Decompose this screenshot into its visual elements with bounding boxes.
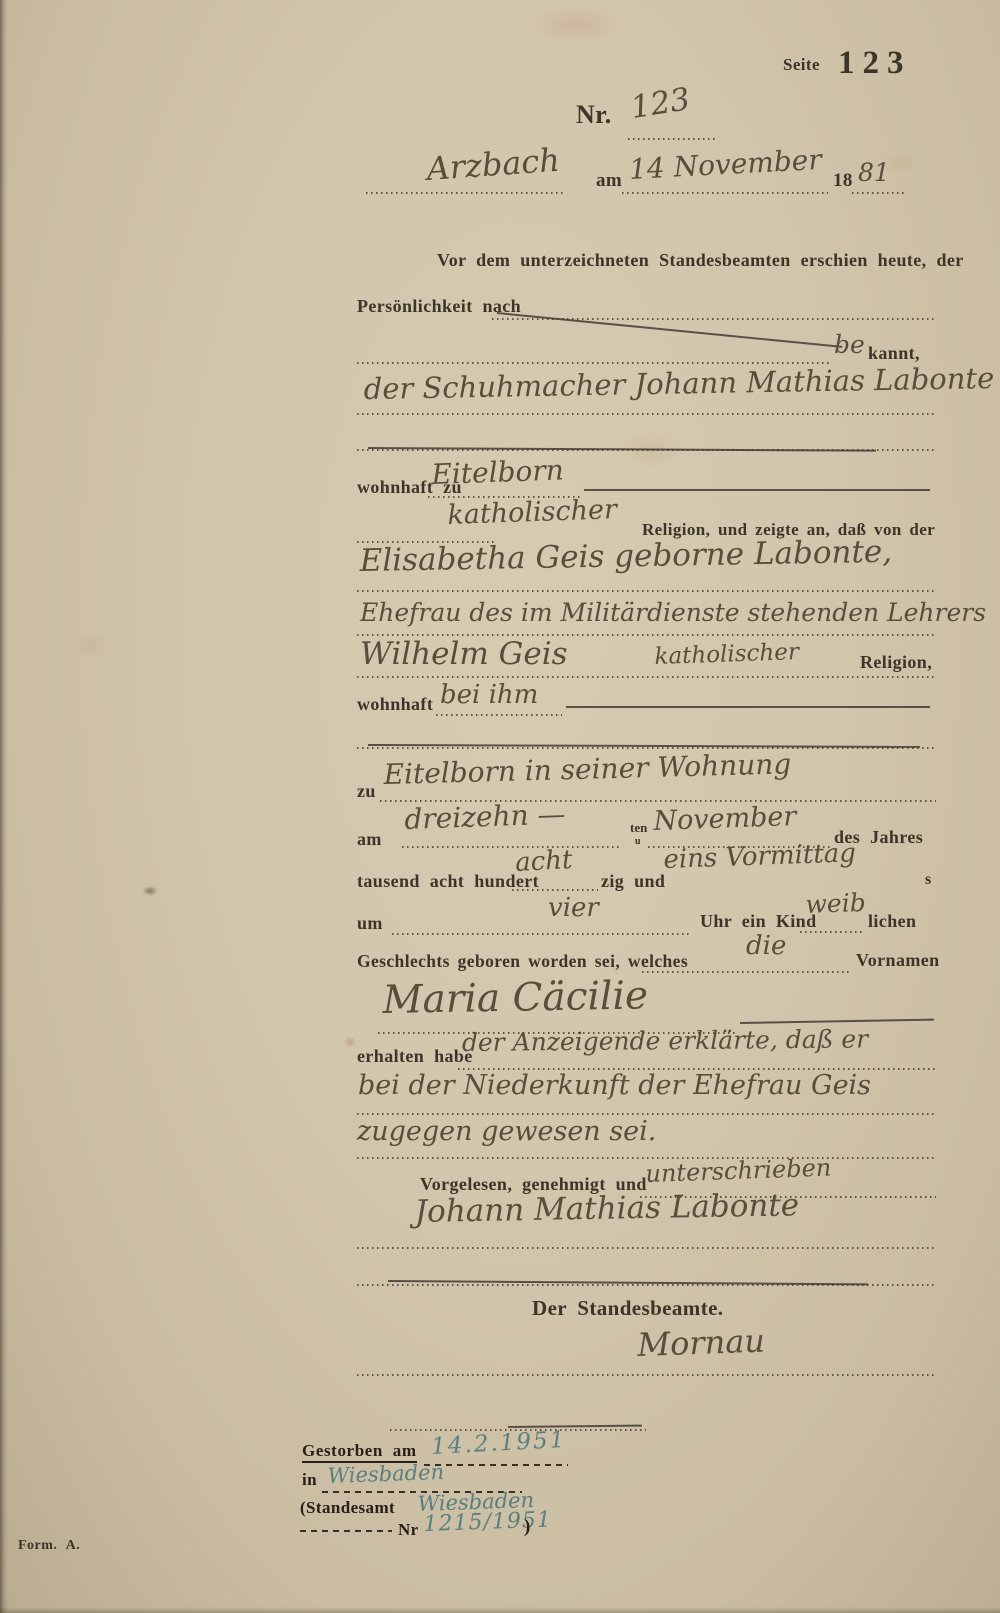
vornamen-label: Vornamen [856, 950, 940, 971]
gestorben-label: Gestorben am [302, 1441, 417, 1463]
dash-rule [424, 1464, 568, 1466]
lichen-label: lichen [868, 911, 916, 932]
mother-description-entry: Ehefrau des im Militärdienste stehenden … [360, 598, 986, 627]
dash-rule [300, 1530, 392, 1532]
am-label: am [596, 170, 622, 192]
dotted-rule [357, 1113, 936, 1115]
dotted-rule [357, 1247, 936, 1249]
ten-alt-suffix: u [635, 836, 641, 847]
dotted-rule [357, 590, 936, 592]
birth-hour-entry: vier [548, 893, 599, 923]
zig-und-label: zig und [601, 871, 665, 892]
dotted-rule [357, 413, 936, 415]
religion-label: Religion, [860, 652, 932, 673]
seite-label: Seite [783, 55, 820, 75]
unterschrieben-entry: unterschrieben [645, 1154, 832, 1188]
dotted-rule [402, 846, 622, 848]
year-entry: 81 [858, 158, 890, 187]
filler-stroke [584, 489, 930, 491]
wohnhaft-label: wohnhaft [357, 694, 433, 715]
filler-stroke [508, 1425, 642, 1428]
nr-label: Nr. [576, 100, 612, 130]
scanned-birth-record: Seite 123 Nr. 123 Arzbach am 14 November… [0, 0, 1000, 1613]
standesamt-label: (Standesamt [300, 1498, 395, 1518]
dotted-rule [642, 971, 850, 973]
note-line1-entry: der Anzeigende erklärte, daß er [462, 1024, 868, 1057]
s-suffix-label: s [925, 871, 932, 889]
um-label: um [357, 913, 383, 934]
scan-edge-left [0, 0, 8, 1613]
filler-stroke [566, 706, 930, 708]
filler-stroke [740, 1019, 934, 1024]
dotted-rule [357, 747, 936, 749]
article-entry: die [746, 931, 786, 961]
registrar-signature: Mornau [637, 1322, 766, 1364]
decade-entry: acht [514, 845, 573, 878]
dotted-rule [622, 192, 828, 194]
declarant-entry: der Schuhmacher Johann Mathias Labonte [363, 361, 994, 406]
birth-day-entry: dreizehn — [404, 797, 566, 836]
dotted-rule [357, 1374, 936, 1376]
gender-entry: weib [805, 888, 866, 919]
father-religion-entry: katholischer [654, 639, 799, 670]
death-record-number: 1215/1951 [423, 1508, 552, 1537]
birth-place-entry: Eitelborn in seiner Wohnung [383, 747, 791, 791]
intro-line: Vor dem unterzeichneten Standesbeamten e… [437, 250, 964, 271]
erhalten-label: erhalten habe [357, 1046, 473, 1067]
foxing-spot [344, 1036, 356, 1048]
dotted-rule [628, 138, 718, 140]
dotted-rule [800, 931, 864, 933]
place-entry: Arzbach [425, 141, 561, 188]
stamp-close-paren: ) [524, 1516, 531, 1538]
bekannt-printed: kannt, [868, 343, 920, 364]
dotted-rule [357, 362, 830, 364]
am2-label: am [357, 829, 382, 850]
religion-entry: katholischer [447, 494, 617, 531]
birth-month-entry: November [653, 801, 797, 837]
dotted-rule [436, 714, 562, 716]
dotted-rule [392, 933, 692, 935]
ink-speck [142, 886, 158, 896]
dotted-rule [512, 889, 598, 891]
bekannt-prefix-handwritten: be [834, 330, 865, 359]
declarant-signature: Johann Mathias Labonte [414, 1187, 799, 1230]
paper-stain [530, 8, 620, 42]
form-label: Form. A. [18, 1538, 80, 1554]
geschlechts-line: Geschlechts geboren worden sei, welches [357, 951, 688, 972]
note-line2-entry: bei der Niederkunft der Ehefrau Geis [358, 1070, 871, 1101]
father-entry: Wilhelm Geis [360, 636, 568, 672]
ten-suffix-label: ten [630, 820, 647, 836]
residence-with-entry: bei ihm [440, 680, 538, 710]
date-entry: 14 November [628, 143, 822, 186]
dotted-rule [357, 676, 936, 678]
year-printed: 18 [833, 170, 853, 192]
uhr-label: Uhr ein Kind [700, 911, 817, 932]
child-name-entry: Maria Cäcilie [382, 973, 648, 1023]
dotted-rule [852, 192, 904, 194]
dotted-rule [366, 192, 564, 194]
death-date-entry: 14.2.1951 [431, 1427, 567, 1460]
nr-value-handwritten: 123 [628, 81, 692, 126]
death-place-entry: Wiesbaden [327, 1460, 444, 1488]
foxing-spot [70, 630, 110, 660]
scan-edge-bottom [0, 1607, 1000, 1613]
residence-entry: Eitelborn [431, 453, 564, 491]
note-line3-entry: zugegen gewesen sei. [357, 1116, 656, 1147]
year-time-entry: eins Vormittag [663, 838, 856, 875]
page-number: 123 [838, 45, 912, 82]
stamp-nr-label: Nr [398, 1520, 419, 1540]
zu-label: zu [357, 781, 376, 802]
dotted-rule [357, 1157, 936, 1159]
persoenlichkeit-label: Persönlichkeit nach [357, 296, 521, 317]
in-label: in [302, 1470, 317, 1490]
registrar-title: Der Standesbeamte. [532, 1296, 723, 1321]
